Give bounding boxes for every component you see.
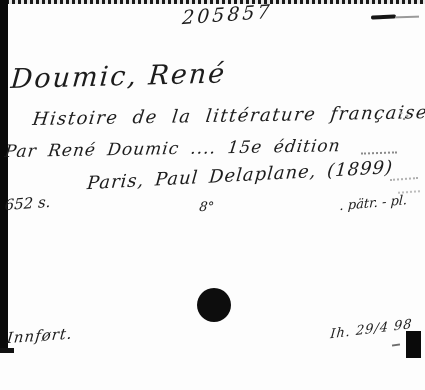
pen-mark-top-right-tail <box>395 16 419 19</box>
statement-line: Par René Doumic .... 15e édition <box>4 136 342 162</box>
physical-description-note: . pätr. - pl. <box>339 193 407 214</box>
card-left-edge <box>0 0 8 353</box>
format-note: 8° <box>198 200 214 215</box>
author-heading: Doumic, René <box>10 58 228 95</box>
date-signature-note: Ih. 29/4 98 <box>330 317 413 342</box>
imprint-line: Paris, Paul Delaplane, (1899) <box>86 157 394 194</box>
card-left-edge-foot <box>0 348 14 353</box>
catalog-card-scan: 205857 Doumic, René Histoire de la litté… <box>0 0 425 390</box>
hole-punch-dot <box>197 288 231 322</box>
scan-artifact-dots-1 <box>390 177 418 181</box>
title-line: Histoire de la littérature française <box>31 102 425 130</box>
dotted-leader <box>361 151 397 154</box>
scan-artifact-dash <box>392 343 400 346</box>
scan-artifact-speckle <box>398 110 412 120</box>
card-top-edge <box>0 0 425 4</box>
entered-note: Innført. <box>6 324 74 347</box>
scan-artifact-dots-2 <box>398 190 420 194</box>
pagination-note: 652 s. <box>4 193 50 214</box>
pen-mark-top-right <box>371 14 396 19</box>
card-bottom-right-edge <box>406 331 421 358</box>
accession-number: 205857 <box>181 1 273 29</box>
